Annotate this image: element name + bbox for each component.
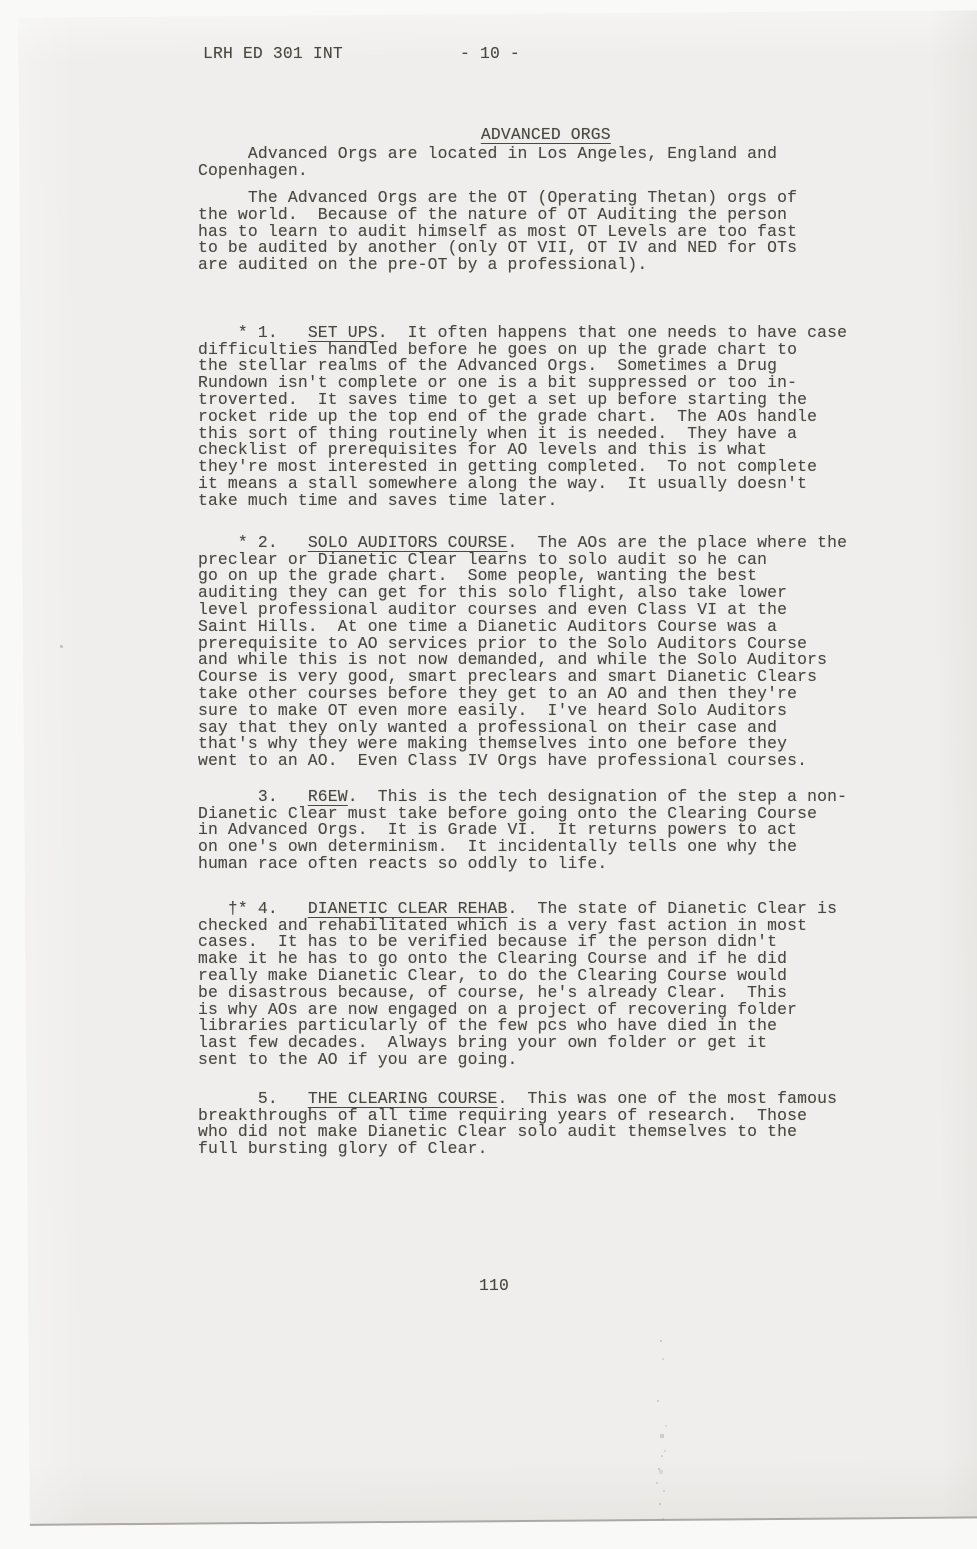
document-header-issue: LRH ED 301 INT bbox=[203, 46, 343, 63]
list-item-2-body: . The AOs are the place where the precle… bbox=[168, 533, 847, 770]
list-item-r6ew: 3. R6EW. This is the tech designation of… bbox=[168, 772, 847, 890]
list-item-set-ups: * 1. SET UPS. It often happens that one … bbox=[168, 308, 847, 526]
list-item-clearing-course: 5. THE CLEARING COURSE. This was one of … bbox=[168, 1074, 837, 1175]
document-title-text: ADVANCED ORGS bbox=[481, 125, 611, 144]
list-item-4-body: . The state of Dianetic Clear is checked… bbox=[168, 899, 837, 1069]
document-header-page-marker: - 10 - bbox=[460, 46, 520, 63]
paragraph-ot-orgs: The Advanced Orgs are the OT (Operating … bbox=[168, 190, 797, 274]
scan-stray-dot bbox=[60, 645, 63, 648]
footer-page-number: 110 bbox=[479, 1278, 509, 1295]
paragraph-locations: Advanced Orgs are located in Los Angeles… bbox=[168, 146, 777, 180]
list-item-1-body: . It often happens that one needs to hav… bbox=[168, 323, 847, 510]
scan-artifacts bbox=[660, 1340, 662, 1342]
list-item-solo-auditors-course: * 2. SOLO AUDITORS COURSE. The AOs are t… bbox=[168, 518, 847, 787]
list-item-dianetic-clear-rehab: †* 4. DIANETIC CLEAR REHAB. The state of… bbox=[168, 884, 837, 1086]
scanned-document-page: LRH ED 301 INT - 10 - ADVANCED ORGS Adva… bbox=[0, 0, 977, 1549]
page-content: LRH ED 301 INT - 10 - ADVANCED ORGS Adva… bbox=[0, 0, 977, 1549]
